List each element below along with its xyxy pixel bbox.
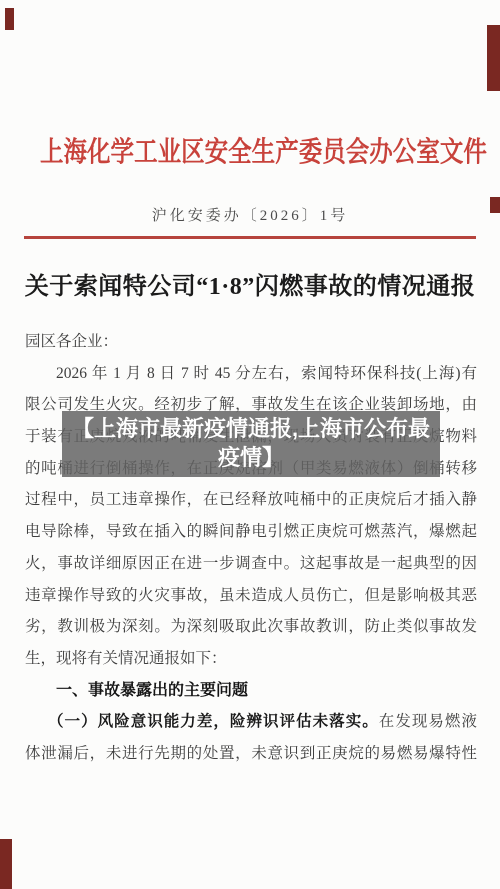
body-line: 违章操作导致的火灾事故，虽未造成人员伤亡，但是影响极其恶 [25,580,477,612]
body-line: 电导除棒，导致在插入的瞬间静电引燃正庚烷可燃蒸汽，爆燃起 [25,516,477,548]
body-line: 过程中，员工违章操作，在已经释放吨桶中的正庚烷后才插入静 [25,484,477,516]
document-title: 关于索闻特公司“1·8”闪燃事故的情况通报 [0,266,500,301]
subsection-1-line-1: （一）风险意识能力差，险辨识评估未落实。在发现易燃液 [25,706,477,738]
body-line: 2026 年 1 月 8 日 7 时 45 分左右，索闻特环保科技(上海)有 [25,358,477,390]
document-number: 沪化安委办〔2026〕1号 [0,204,500,225]
watermark-text-line-1: 【上海市最新疫情通报,上海市公布最 [62,414,440,443]
document-body: 园区各企业： 2026 年 1 月 8 日 7 时 45 分左右，索闻特环保科技… [25,326,477,770]
subsection-1-line-2: 体泄漏后，未进行先期的处置，未意识到正庚烷的易燃易爆特性 [25,738,477,770]
subsection-1-regular-text: 在发现易燃液 [379,713,477,730]
scan-artifact-bottom-left [0,839,12,889]
watermark-text-line-2: 疫情】 [62,443,440,472]
scan-artifact-right-middle [490,197,500,213]
scan-artifact-top-right [487,25,500,91]
subsection-1-bold-lead: （一）风险意识能力差，险辨识评估未落实。 [48,713,379,730]
scanned-document-page: 上海化学工业区安全生产委员会办公室文件 沪化安委办〔2026〕1号 关于索闻特公… [0,0,500,889]
letterhead-title: 上海化学工业区安全生产委员会办公室文件 [40,130,460,170]
red-divider-rule [24,236,476,239]
body-line: 劣，教训极为深刻。为深刻吸取此次事故教训，防止类似事故发 [25,611,477,643]
scan-artifact-top-left [5,8,14,30]
body-line: 火，事故详细原因正在进一步调查中。这起事故是一起典型的因 [25,548,477,580]
section-1-heading: 一、事故暴露出的主要问题 [25,675,477,707]
body-line: 生，现将有关情况通报如下： [25,643,477,675]
salutation-line: 园区各企业： [25,326,477,358]
watermark-overlay-banner: 【上海市最新疫情通报,上海市公布最 疫情】 [62,411,440,477]
